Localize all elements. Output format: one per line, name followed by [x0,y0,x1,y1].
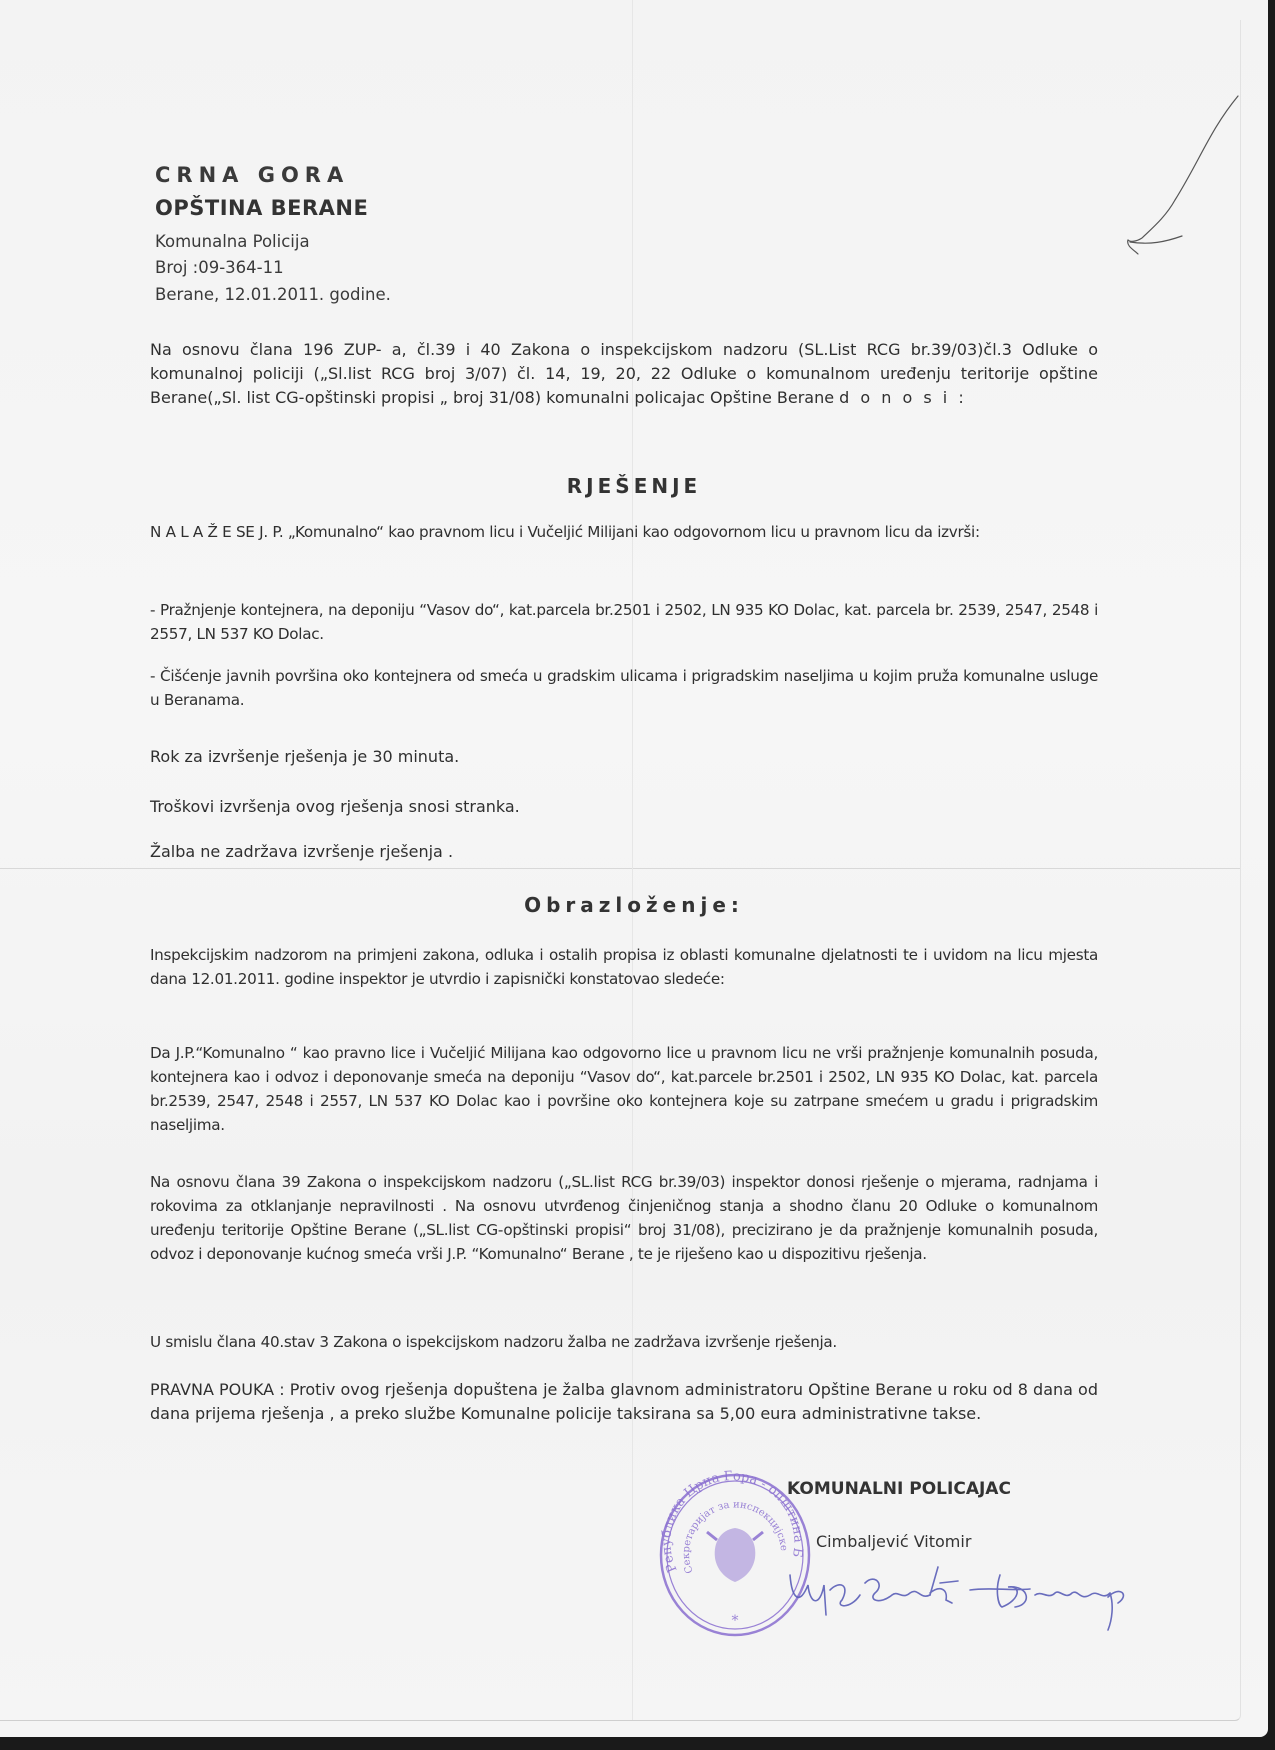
document: CRNA GORA OPŠTINA BERANE Komunalna Polic… [0,0,1268,1737]
header-number: Broj :09-364-11 [155,258,284,277]
decision-item: - Čišćenje javnih površina oko kontejner… [150,664,1098,712]
reasoning-paragraph: Da J.P.“Komunalno “ kao pravno lice i Vu… [150,1041,1098,1137]
preamble: Na osnovu člana 196 ZUP- a, čl.39 i 40 Z… [150,338,1098,410]
order-keyword: N A L A Ž E SE [150,523,255,541]
reasoning-paragraph: U smislu člana 40.stav 3 Zakona o ispekc… [150,1330,1098,1354]
order-text: J. P. „Komunalno“ kao pravnom licu i Vuč… [259,523,980,541]
reasoning-paragraph: Inspekcijskim nadzorom na primjeni zakon… [150,943,1098,991]
svg-text:*: * [732,1613,739,1629]
decision-deadline: Rok za izvršenje rješenja je 30 minuta. [150,745,1098,769]
reasoning-title: Obrazloženje: [0,893,1268,917]
header-municipality: OPŠTINA BERANE [155,196,368,220]
header-place-date: Berane, 12.01.2011. godine. [155,285,391,304]
decision-item: - Pražnjenje kontejnera, na deponiju “Va… [150,598,1098,646]
legal-notice-label: PRAVNA POUKA : [150,1380,285,1399]
decision-order: N A L A Ž E SE J. P. „Komunalno“ kao pra… [150,520,1098,544]
decision-appeal-note: Žalba ne zadržava izvršenje rješenja . [150,840,1098,864]
decision-title: RJEŠENJE [0,474,1268,498]
preamble-verb: d o n o s i : [839,388,967,407]
signature-title: KOMUNALNI POLICAJAC [787,1479,1011,1499]
legal-notice-text: Protiv ovog rješenja dopuštena je žalba … [150,1380,1098,1423]
pen-stroke-icon [1090,90,1270,270]
legal-notice: PRAVNA POUKA : Protiv ovog rješenja dopu… [150,1378,1098,1426]
decision-costs: Troškovi izvršenja ovog rješenja snosi s… [150,795,1098,819]
handwritten-signature-icon [780,1545,1140,1635]
header-country: CRNA GORA [155,163,349,187]
header-department: Komunalna Policija [155,232,310,251]
reasoning-paragraph: Na osnovu člana 39 Zakona o inspekcijsko… [150,1170,1098,1266]
